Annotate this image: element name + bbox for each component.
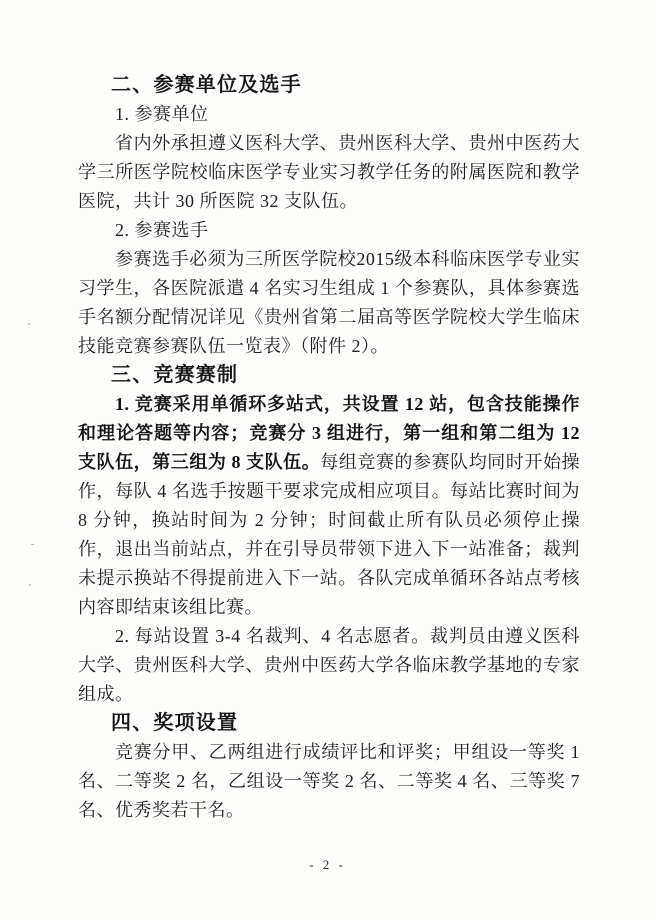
paragraph-participating-units: 省内外承担遵义医科大学、贵州医科大学、贵州中医药大学三所医学院校临床医学专业实习… [78, 129, 580, 216]
scan-speckle [31, 544, 34, 545]
scan-speckle [28, 323, 30, 325]
page-number: - 2 - [0, 857, 655, 873]
section-heading-competition-format: 三、竞赛赛制 [78, 361, 580, 390]
document-body: 二、参赛单位及选手 1. 参赛单位 省内外承担遵义医科大学、贵州医科大学、贵州中… [78, 71, 580, 825]
sub-item-heading-units: 1. 参赛单位 [78, 100, 580, 129]
paragraph-format-rules: 1. 竞赛采用单循环多站式，共设置 12 站，包含技能操作和理论答题等内容；竞赛… [78, 390, 580, 622]
paragraph-participating-players: 参赛选手必须为三所医学院校2015级本科临床医学专业实习学生，各医院派遣 4 名… [78, 245, 580, 361]
paragraph-judges-volunteers: 2. 每站设置 3-4 名裁判、4 名志愿者。裁判员由遵义医科大学、贵州医科大学… [78, 622, 580, 709]
sub-item-heading-players: 2. 参赛选手 [78, 216, 580, 245]
scanned-document-page: 二、参赛单位及选手 1. 参赛单位 省内外承担遵义医科大学、贵州医科大学、贵州中… [0, 0, 655, 922]
scan-speckle [29, 584, 31, 586]
format-rules-normal-run: 每组竞赛的参赛队均同时开始操作，每队 4 名选手按题干要求完成相应项目。每站比赛… [78, 452, 580, 617]
paragraph-award-settings: 竞赛分甲、乙两组进行成绩评比和评奖；甲组设一等奖 1 名、二等奖 2 名，乙组设… [78, 738, 580, 825]
section-heading-awards: 四、奖项设置 [78, 709, 580, 738]
section-heading-participants: 二、参赛单位及选手 [78, 71, 580, 100]
